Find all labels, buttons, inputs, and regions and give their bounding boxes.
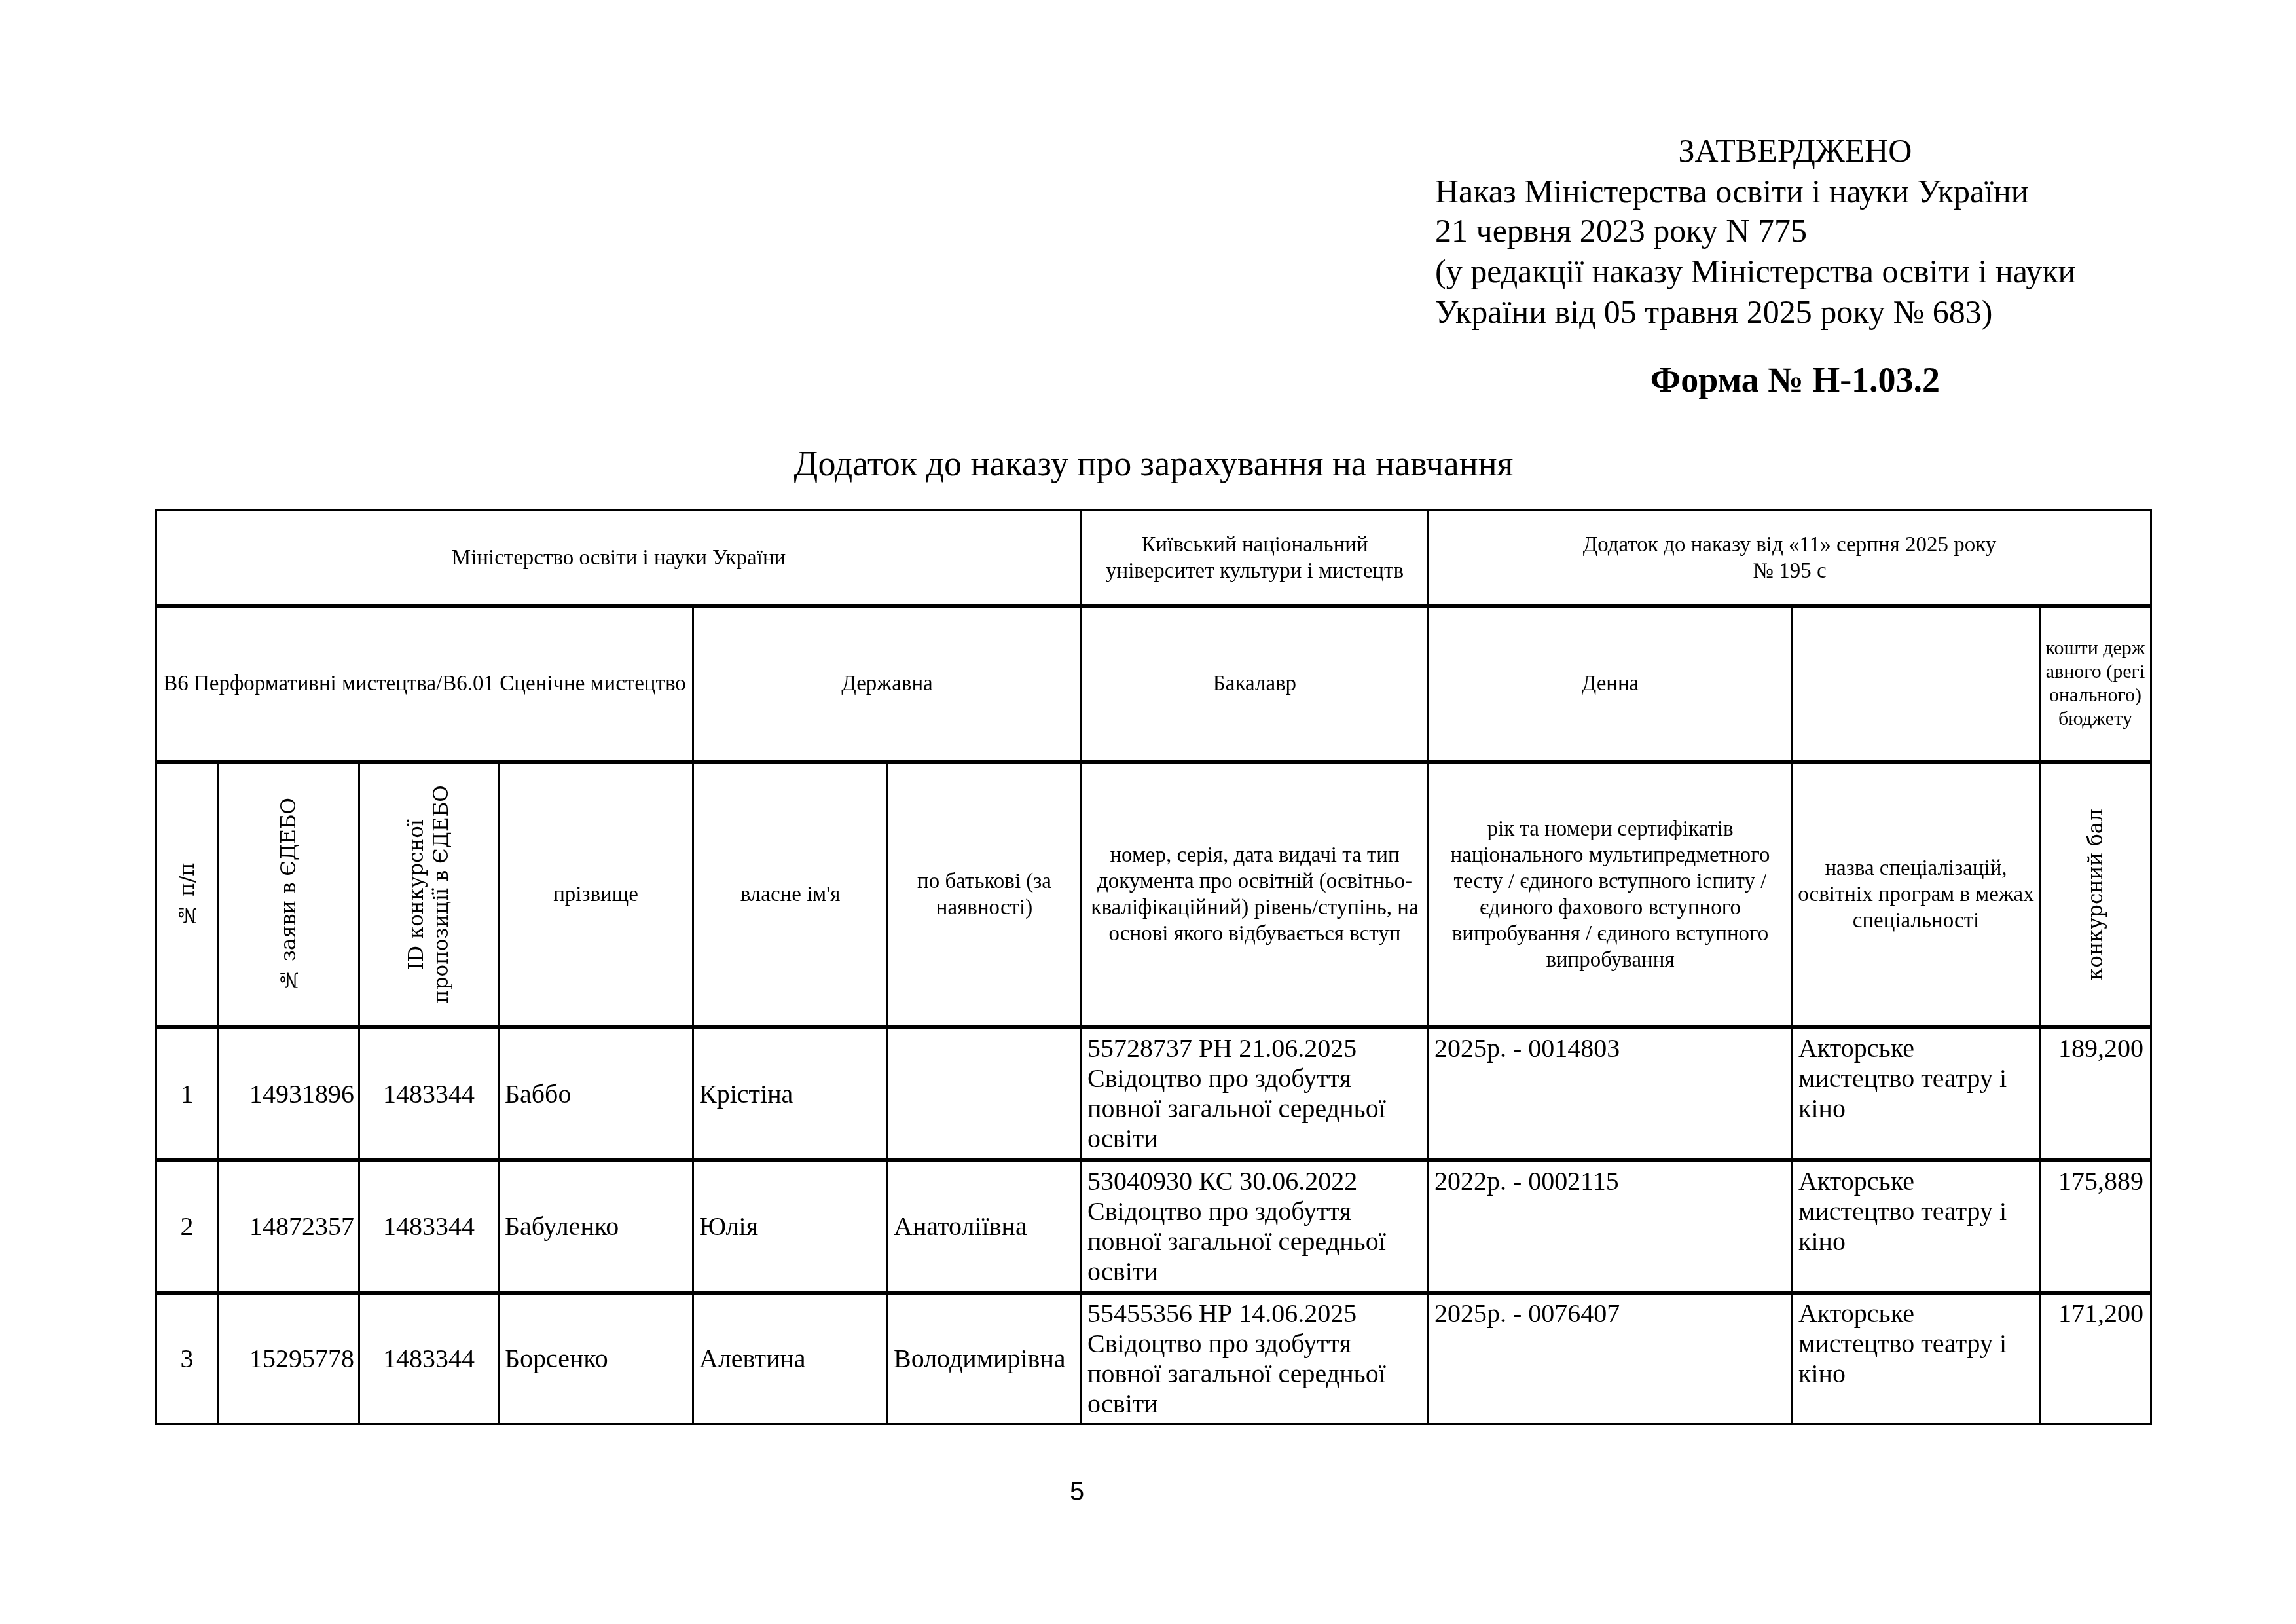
specialty-label: В6 Перформативні мистецтва/В6.01 Сценічн…: [163, 671, 686, 697]
cell-name: Алевтина: [692, 1291, 888, 1425]
surname-value: Борсенко: [505, 1344, 608, 1374]
score-value: 189,200: [2058, 1033, 2143, 1063]
document-value: 55728737 РН 21.06.2025 Свідоцтво про здо…: [1087, 1033, 1422, 1154]
cell-certificates: 2025р. - 0014803: [1427, 1025, 1793, 1160]
program-value: Акторське мистецтво театру і кіно: [1798, 1166, 2033, 1257]
n-value: 3: [181, 1344, 194, 1374]
score-value: 175,889: [2058, 1166, 2143, 1196]
name-value: Юлія: [699, 1211, 758, 1242]
patronymic-value: Анатоліївна: [894, 1211, 1027, 1242]
approval-line: (у редакції наказу Міністерства освіти і…: [1435, 251, 2286, 291]
col-label: № п/п: [175, 862, 200, 927]
col-header-certificates: рік та номери сертифікатів національного…: [1427, 760, 1793, 1027]
approval-line: України від 05 травня 2025 року № 683): [1435, 292, 2286, 331]
cell-program: Акторське мистецтво театру і кіно: [1791, 1025, 2041, 1160]
col-header-application: № заяви в ЄДЕБО: [217, 760, 360, 1027]
n-value: 1: [181, 1079, 194, 1109]
specialty-cell: В6 Перформативні мистецтва/В6.01 Сценічн…: [155, 604, 694, 762]
approval-line: Наказ Міністерства освіти і науки Україн…: [1435, 172, 2286, 211]
cell-certificates: 2025р. - 0076407: [1427, 1291, 1793, 1425]
ministry-cell: Міністерство освіти і науки України: [155, 509, 1082, 606]
cell-surname: Бабуленко: [498, 1158, 694, 1293]
surname-value: Баббо: [505, 1079, 571, 1109]
degree-label: Бакалавр: [1213, 671, 1296, 697]
cell-patronymic: Володимирівна: [886, 1291, 1082, 1425]
cell-n: 2: [155, 1158, 219, 1293]
cell-patronymic: [886, 1025, 1082, 1160]
study-form-label: Денна: [1582, 671, 1639, 697]
score-value: 171,200: [2058, 1299, 2143, 1329]
funding-label: кошти державного (регіонального) бюджету: [2043, 637, 2147, 731]
cell-certificates: 2022р. - 0002115: [1427, 1158, 1793, 1293]
col-label: власне ім'я: [740, 881, 841, 908]
offer-id-value: 1483344: [383, 1079, 475, 1109]
cell-program: Акторське мистецтво театру і кіно: [1791, 1291, 2041, 1425]
col-label: назва спеціалізацій, освітніх програм в …: [1797, 855, 2035, 934]
col-label: прізвище: [553, 881, 638, 908]
ownership-cell: Державна: [692, 604, 1082, 762]
col-header-offer-id: ID конкурсної пропозиції в ЄДЕБО: [358, 760, 500, 1027]
patronymic-value: Володимирівна: [894, 1344, 1066, 1374]
application-value: 15295778: [249, 1344, 354, 1374]
study-form-cell: Денна: [1427, 604, 1793, 762]
offer-id-value: 1483344: [383, 1344, 475, 1374]
n-value: 2: [181, 1211, 194, 1242]
funding-cell: кошти державного (регіонального) бюджету: [2039, 604, 2152, 762]
cell-n: 1: [155, 1025, 219, 1160]
ministry-label: Міністерство освіти і науки України: [452, 545, 786, 571]
cell-score: 171,200: [2039, 1291, 2152, 1425]
program-value: Акторське мистецтво театру і кіно: [1798, 1299, 2033, 1389]
cell-name: Юлія: [692, 1158, 888, 1293]
university-cell: Київський національний університет культ…: [1080, 509, 1429, 606]
col-label: конкурсний бал: [2083, 809, 2108, 980]
certificates-value: 2022р. - 0002115: [1434, 1166, 1619, 1196]
col-label: № заяви в ЄДЕБО: [276, 798, 301, 991]
document-value: 55455356 НР 14.06.2025 Свідоцтво про здо…: [1087, 1299, 1422, 1419]
name-value: Алевтина: [699, 1344, 806, 1374]
col-label: номер, серія, дата видачі та тип докумен…: [1086, 842, 1423, 947]
cell-application: 14872357: [217, 1158, 360, 1293]
order-cell: Додаток до наказу від «11» серпня 2025 р…: [1427, 509, 2152, 606]
col-header-name: власне ім'я: [692, 760, 888, 1027]
col-header-surname: прізвище: [498, 760, 694, 1027]
empty-header-cell: [1791, 604, 2041, 762]
cell-score: 175,889: [2039, 1158, 2152, 1293]
program-value: Акторське мистецтво театру і кіно: [1798, 1033, 2033, 1124]
cell-patronymic: Анатоліївна: [886, 1158, 1082, 1293]
degree-cell: Бакалавр: [1080, 604, 1429, 762]
cell-application: 14931896: [217, 1025, 360, 1160]
document-value: 53040930 КС 30.06.2022 Свідоцтво про здо…: [1087, 1166, 1422, 1287]
page-number: 5: [1011, 1477, 1142, 1507]
cell-surname: Баббо: [498, 1025, 694, 1160]
surname-value: Бабуленко: [505, 1211, 619, 1242]
ownership-label: Державна: [841, 671, 932, 697]
cell-program: Акторське мистецтво театру і кіно: [1791, 1158, 2041, 1293]
cell-application: 15295778: [217, 1291, 360, 1425]
col-label: ID конкурсної пропозиції в ЄДЕБО: [404, 783, 454, 1006]
cell-offer-id: 1483344: [358, 1158, 500, 1293]
cell-name: Крістіна: [692, 1025, 888, 1160]
university-label: Київський національний університет культ…: [1086, 532, 1423, 584]
cell-surname: Борсенко: [498, 1291, 694, 1425]
document-subtitle: Додаток до наказу про зарахування на нав…: [155, 443, 2152, 485]
cell-score: 189,200: [2039, 1025, 2152, 1160]
cell-document: 53040930 КС 30.06.2022 Свідоцтво про здо…: [1080, 1158, 1429, 1293]
name-value: Крістіна: [699, 1079, 793, 1109]
application-value: 14931896: [249, 1079, 354, 1109]
form-number: Форма № Н-1.03.2: [1435, 359, 2155, 401]
offer-id-value: 1483344: [383, 1211, 475, 1242]
cell-offer-id: 1483344: [358, 1291, 500, 1425]
col-label: рік та номери сертифікатів національного…: [1433, 816, 1787, 973]
cell-document: 55455356 НР 14.06.2025 Свідоцтво про здо…: [1080, 1291, 1429, 1425]
cell-offer-id: 1483344: [358, 1025, 500, 1160]
certificates-value: 2025р. - 0076407: [1434, 1299, 1620, 1329]
col-header-document: номер, серія, дата видачі та тип докумен…: [1080, 760, 1429, 1027]
cell-document: 55728737 РН 21.06.2025 Свідоцтво про здо…: [1080, 1025, 1429, 1160]
col-header-patronymic: по батькові (за наявності): [886, 760, 1082, 1027]
application-value: 14872357: [249, 1211, 354, 1242]
approval-title: ЗАТВЕРДЖЕНО: [1435, 131, 2155, 170]
col-header-score: конкурсний бал: [2039, 760, 2152, 1027]
col-label: по батькові (за наявності): [892, 868, 1076, 921]
cell-n: 3: [155, 1291, 219, 1425]
col-header-number: № п/п: [155, 760, 219, 1027]
col-header-program: назва спеціалізацій, освітніх програм в …: [1791, 760, 2041, 1027]
certificates-value: 2025р. - 0014803: [1434, 1033, 1620, 1063]
order-label: Додаток до наказу від «11» серпня 2025 р…: [1583, 532, 1997, 584]
approval-line: 21 червня 2023 року N 775: [1435, 211, 2286, 250]
